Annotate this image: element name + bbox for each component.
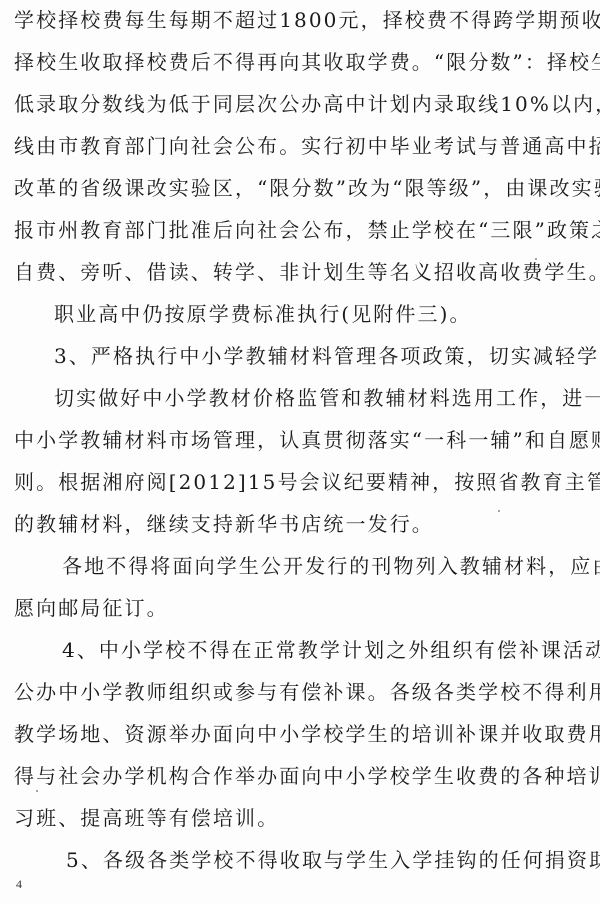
text-line: 学校择校费每生每期不超过1800元，择校费不得跨学期预收。学校对: [14, 8, 580, 32]
text-line: 线由市教育部门向社会公布。实行初中毕业考试与普通高中招生制度: [14, 134, 580, 158]
text-line: 择校生收取择校费后不得再向其收取学费。“限分数”：择校生的最: [14, 50, 580, 74]
scan-speck: [36, 790, 38, 792]
page-number: 4: [16, 876, 22, 892]
paragraph-first-line: 职业高中仍按原学费标准执行(见附件三)。: [54, 302, 580, 326]
text-line: 报市州教育部门批准后向社会公布，禁止学校在“三限”政策之外以: [14, 218, 580, 242]
document-page: 学校择校费每生每期不超过1800元，择校费不得跨学期预收。学校对 择校生收取择校…: [0, 0, 600, 904]
text-line: 的教辅材料，继续支持新华书店统一发行。: [14, 512, 580, 536]
text-line: 公办中小学教师组织或参与有偿补课。各级各类学校不得利用教育、: [14, 680, 580, 704]
section-heading-3: 3、严格执行中小学教辅材料管理各项政策，切实减轻学生负担。: [54, 344, 580, 368]
section-heading-4: 4、中小学校不得在正常教学计划之外组织有偿补课活动，严禁: [62, 638, 580, 662]
text-line: 中小学教辅材料市场管理，认真贯彻落实“一科一辅”和自愿购买原: [14, 428, 580, 452]
scan-speck: [535, 258, 537, 260]
text-line: 改革的省级课改实验区，“限分数”改为“限等级”，由课改实验区: [14, 176, 580, 200]
text-line: 低录取分数线为低于同层次公办高中计划内录取线10%以内，具体分数: [14, 92, 580, 116]
section-heading-5: 5、各级各类学校不得收取与学生入学挂钩的任何捐资助学性质的: [66, 848, 580, 872]
paragraph-first-line: 切实做好中小学教材价格监管和教辅材料选用工作，进一步规范: [54, 386, 580, 410]
text-line: 则。根据湘府阅[2012]15号会议纪要精神，按照省教育主管部门推荐: [14, 470, 580, 494]
scan-speck: [498, 510, 500, 512]
text-line: 愿向邮局征订。: [14, 596, 580, 620]
text-line: 教学场地、资源举办面向中小学校学生的培训补课并收取费用，也不: [14, 722, 580, 746]
text-line: 自费、旁听、借读、转学、非计划生等名义招收高收费学生。: [14, 260, 580, 284]
text-line: 得与社会办学机构合作举办面向中小学校学生收费的各种培训班、补: [14, 764, 580, 788]
text-line: 习班、提高班等有偿培训。: [14, 806, 580, 830]
paragraph-first-line: 各地不得将面向学生公开发行的刊物列入教辅材料，应由学生自: [62, 554, 580, 578]
